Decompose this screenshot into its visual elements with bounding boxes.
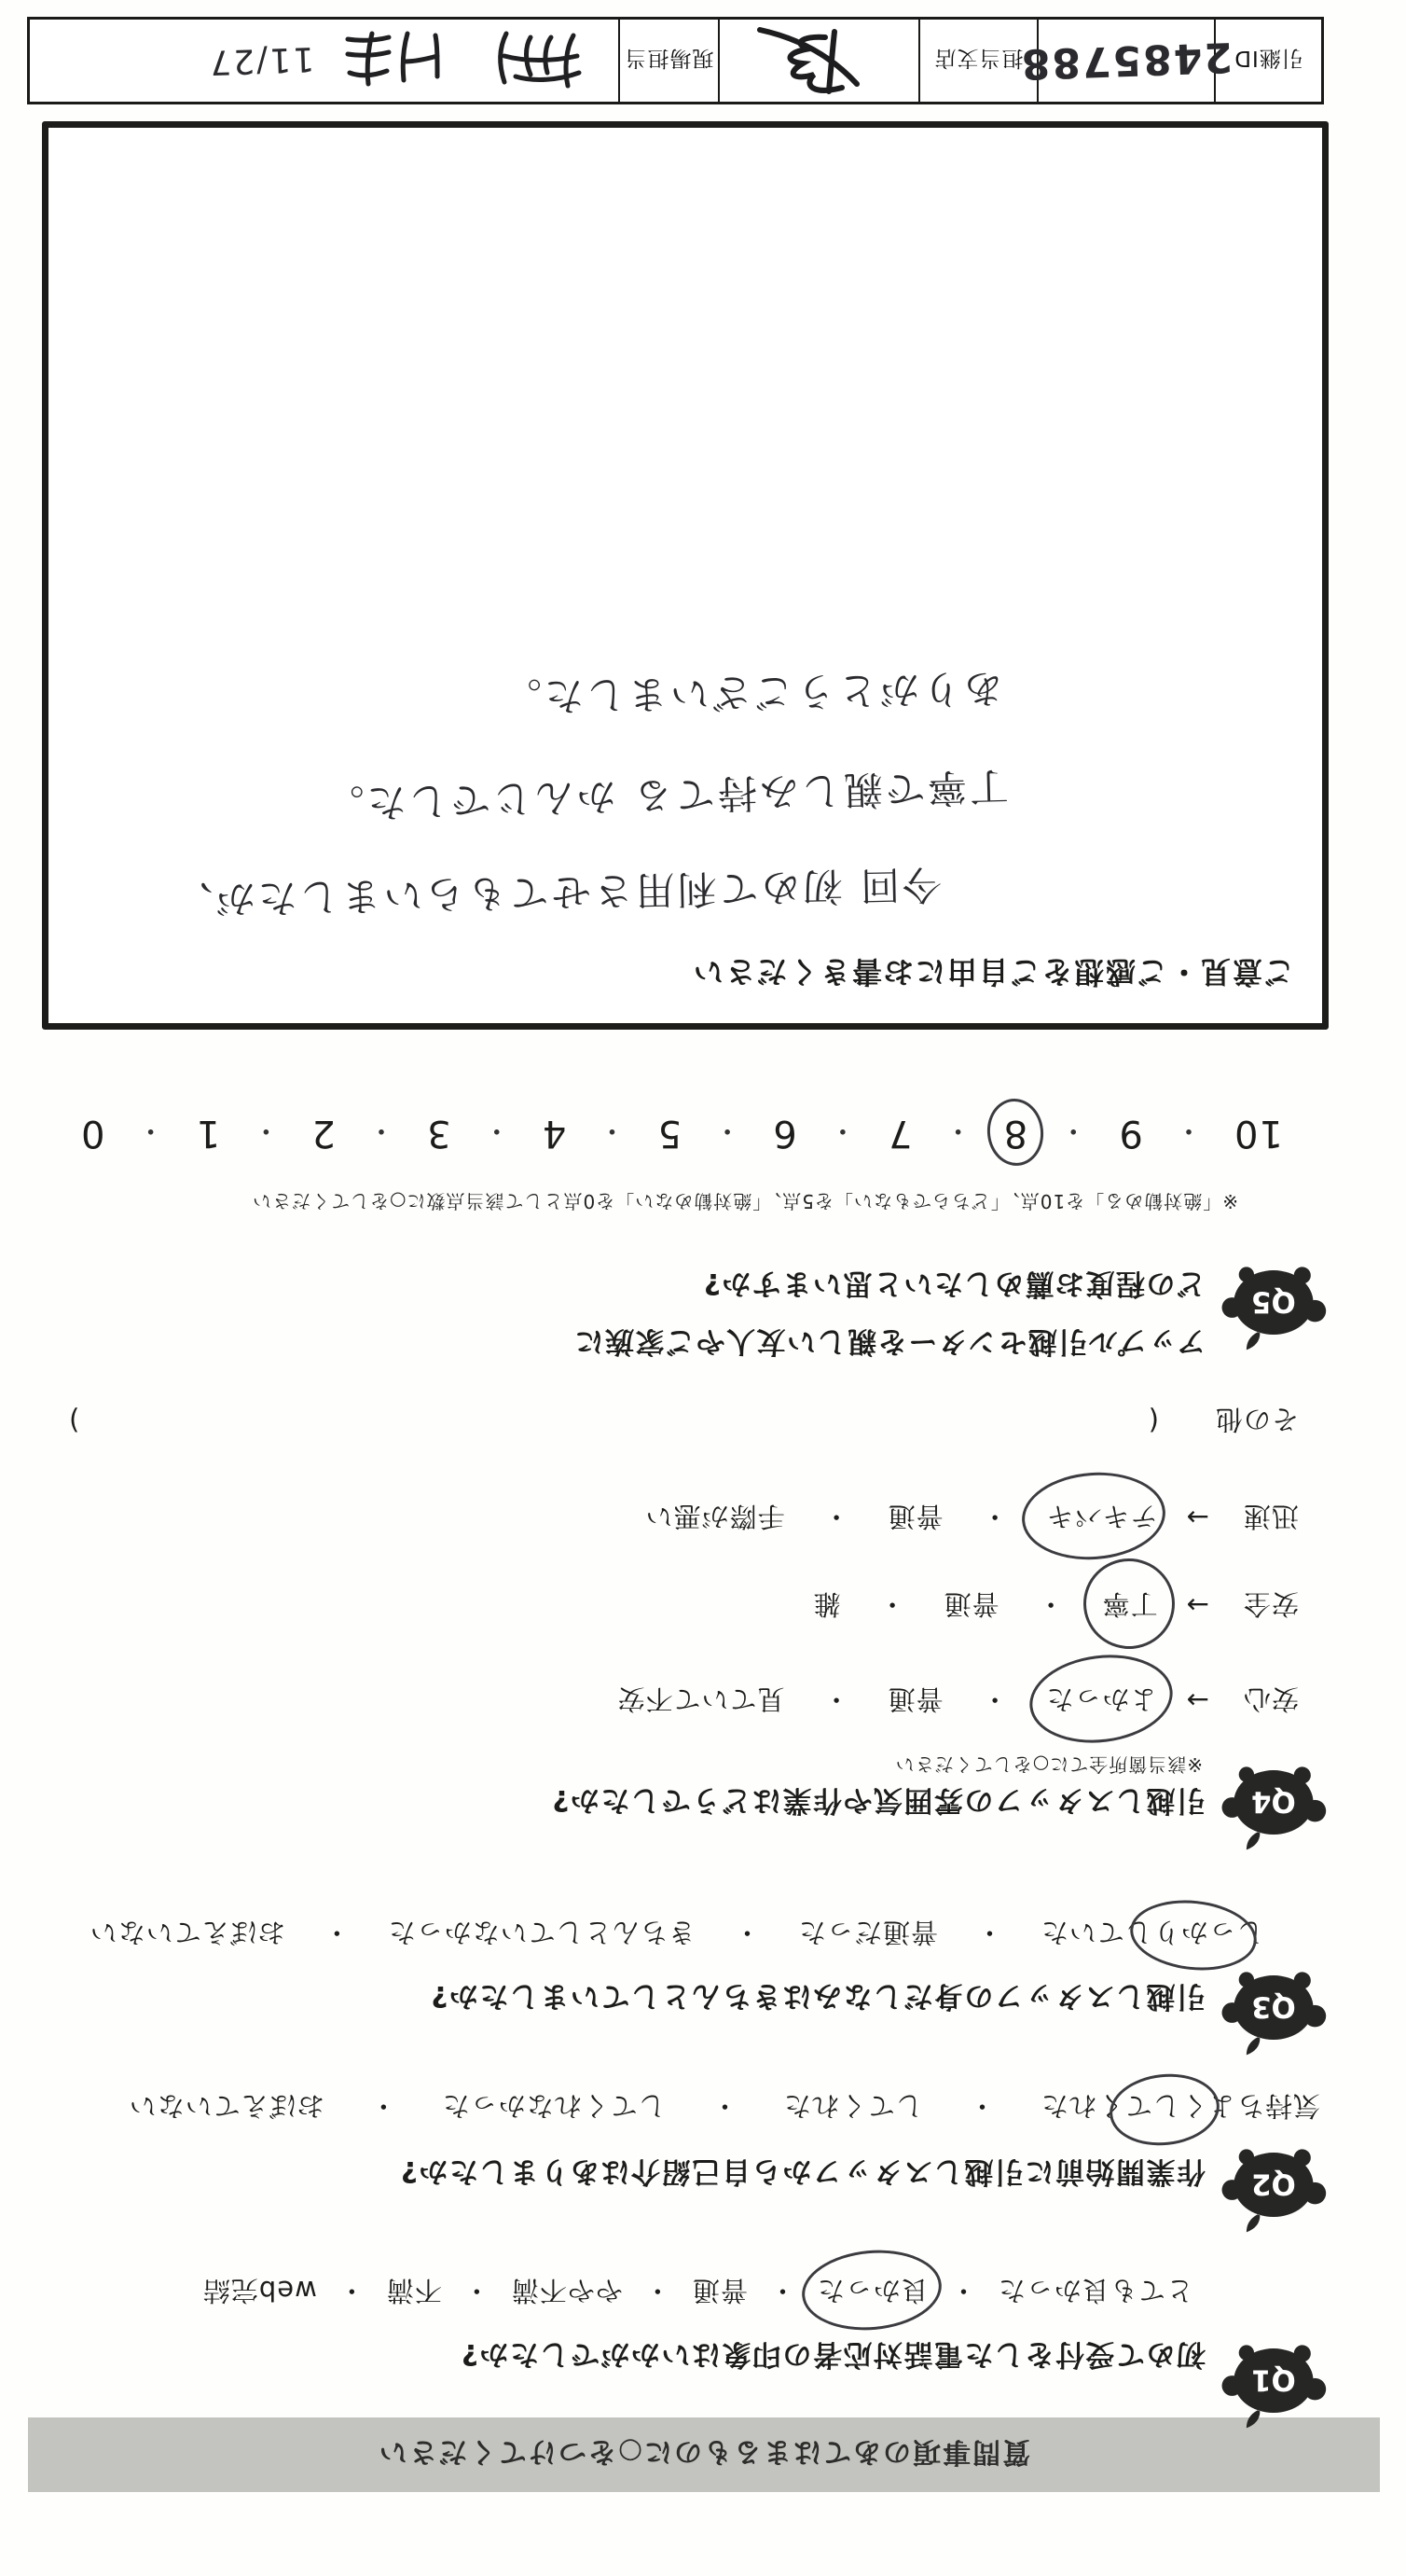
handwritten-signature-icon	[750, 24, 889, 97]
option-separator: ・	[462, 2273, 490, 2311]
q2-title: 作業開始前に引越しスタッフから自己紹介はありましたか?	[400, 2154, 1206, 2195]
q4-other-paren-close: )	[68, 1406, 79, 1437]
arrow-right-icon: →	[1186, 1685, 1209, 1717]
scale-separator: ・	[944, 1113, 972, 1154]
q5-note: ※「絶対勧める」を10点、「どちらでもない」を5点、「絶対勧めない」を0点として…	[252, 1189, 1238, 1216]
q4-row-2-option-1-circled: 丁寧	[1102, 1586, 1158, 1625]
option-separator: ・	[710, 2088, 738, 2126]
q5-scale-7: 7	[884, 1112, 916, 1155]
q3-mascot-icon: Q3	[1218, 1964, 1328, 2061]
q1-option-2-circled: 良かった	[817, 2273, 929, 2311]
handwritten-name-icon	[475, 28, 596, 93]
scale-separator: ・	[251, 1113, 280, 1154]
q5-scale-6: 6	[768, 1112, 800, 1155]
q4-badge-label: Q4	[1251, 1785, 1296, 1819]
q5-badge-label: Q5	[1251, 1285, 1296, 1319]
option-separator: ・	[878, 1586, 906, 1625]
q3-option-1-circled: しっかりしていた	[1041, 1915, 1264, 1953]
q4-row-2-option-3: 雑	[813, 1586, 841, 1625]
q1-option-1: とても良かった	[998, 2273, 1193, 2311]
handwritten-comment-line-1: 今回 初めて利用させてもらいましたが、	[171, 858, 942, 930]
scale-separator: ・	[136, 1113, 165, 1154]
q2-badge-label: Q2	[1251, 2167, 1296, 2201]
q2-option-3: してくれなかった	[442, 2088, 666, 2126]
option-separator: ・	[323, 1915, 351, 1953]
option-separator: ・	[1037, 1586, 1065, 1625]
comment-header: ご意見・ご感想をご自由にお書きください	[692, 952, 1294, 995]
option-separator: ・	[768, 2273, 796, 2311]
option-separator: ・	[369, 2088, 397, 2126]
branch-signature	[718, 20, 918, 102]
instruction-banner: 質問事項のあてはまるものに○をつけてください	[28, 2417, 1380, 2492]
q1-badge-label: Q1	[1251, 2363, 1296, 2397]
instruction-banner-text: 質問事項のあてはまるものに○をつけてください	[378, 2434, 1030, 2475]
q5-title-line1: アップル引越センターを親しい友人やご家族に	[573, 1323, 1206, 1365]
q4-row-3-option-2: 普通	[888, 1499, 944, 1537]
q5-scale-8-circled: 8	[999, 1112, 1031, 1155]
q4-row-1-option-2: 普通	[888, 1682, 944, 1720]
q5-scale-5: 5	[654, 1112, 685, 1155]
q1-mascot-icon: Q1	[1218, 2337, 1328, 2434]
option-separator: ・	[822, 1682, 850, 1720]
scale-separator: ・	[712, 1113, 741, 1154]
q4-row-3-option-3: 手際が悪い	[645, 1499, 785, 1537]
q1-title: 初めて受付をした電話対応者の印象はいかがでしたか?	[461, 2336, 1206, 2378]
option-separator: ・	[643, 2273, 671, 2311]
q4-row-2-option-2: 普通	[944, 1586, 999, 1625]
comment-box: ご意見・ご感想をご自由にお書きください 今回 初めて利用させてもらいましたが、 …	[42, 121, 1329, 1030]
q2-option-1-circled: 気持ちよくしてくれた	[1041, 2088, 1320, 2126]
q4-other-label: その他	[1215, 1402, 1299, 1440]
q5-scale-3: 3	[422, 1112, 454, 1155]
option-separator: ・	[949, 2273, 977, 2311]
site-manager-value: 11/27	[30, 20, 618, 102]
q4-row-3-option-1-circled: テキパキ	[1046, 1499, 1158, 1537]
option-separator: ・	[981, 1499, 1009, 1537]
q4-mascot-icon: Q4	[1218, 1759, 1328, 1856]
q4-row-3-label: 迅速	[1213, 1499, 1299, 1537]
handover-table: 引継ID 2485788 担当支店 現場担当	[27, 17, 1324, 104]
scale-separator: ・	[597, 1113, 626, 1154]
handover-id-value: 2485788	[1037, 20, 1214, 102]
q3-badge-label: Q3	[1251, 1990, 1296, 2024]
q5-title-line2: どの程度お薦めしたいと思いますか?	[703, 1266, 1206, 1308]
handwritten-comment-line-2: 丁寧で親しみ持てる かんじでした。	[322, 760, 1010, 834]
q5-scale-10: 10	[1230, 1112, 1287, 1155]
site-manager-label: 現場担当	[618, 20, 718, 102]
handwritten-name-icon	[338, 28, 450, 93]
q2-mascot-icon: Q2	[1218, 2141, 1328, 2238]
q3-options: しっかりしていた ・ 普通だった ・ きちんとしていなかった ・ おぼえていない	[90, 1915, 1264, 1953]
arrow-right-icon: →	[1186, 1503, 1209, 1534]
q4-other-paren-open: (	[1148, 1406, 1159, 1437]
q1-option-5: 不満	[386, 2273, 442, 2311]
arrow-right-icon: →	[1186, 1590, 1209, 1622]
q4-row-other: その他 ( )	[68, 1402, 1299, 1440]
q4-row-1-option-3: 見ていて不安	[617, 1682, 785, 1720]
q5-scale-9: 9	[1114, 1112, 1146, 1155]
q4-row-jinsoku: 迅速 → テキパキ ・ 普通 ・ 手際が悪い	[645, 1499, 1299, 1537]
q4-row-anzen: 安全 → 丁寧 ・ 普通 ・ 雑	[813, 1586, 1299, 1625]
option-separator: ・	[981, 1682, 1009, 1720]
q2-options: 気持ちよくしてくれた ・ してくれた ・ してくれなかった ・ おぼえていない	[129, 2088, 1320, 2126]
q4-row-1-option-1-circled: よかった	[1046, 1682, 1158, 1720]
q3-option-3: きちんとしていなかった	[388, 1915, 696, 1953]
q5-scale-1: 1	[192, 1112, 224, 1155]
option-separator: ・	[975, 1915, 1003, 1953]
q1-option-4: やや不満	[511, 2273, 623, 2311]
option-separator: ・	[338, 2273, 365, 2311]
scale-separator: ・	[366, 1113, 395, 1154]
q4-note: ※該当箇所全てに○をしてください	[895, 1752, 1203, 1780]
scanned-survey-sheet: 質問事項のあてはまるものに○をつけてください Q1 初めて受付をした電話対応者の…	[0, 0, 1406, 2576]
q4-title: 引越しスタッフの雰囲気や作業はどうでしたか?	[551, 1782, 1206, 1824]
q2-option-2: してくれた	[783, 2088, 923, 2126]
q2-option-4: おぼえていない	[129, 2088, 324, 2126]
q5-scale: 10 ・ 9 ・ 8 ・ 7 ・ 6 ・ 5 ・ 4 ・ 3 ・ 2 ・ 1 ・…	[76, 1112, 1287, 1155]
q4-row-2-label: 安全	[1213, 1586, 1299, 1625]
q5-scale-4: 4	[538, 1112, 570, 1155]
q5-scale-0: 0	[76, 1112, 108, 1155]
q4-row-1-label: 安心	[1213, 1682, 1299, 1720]
q3-option-4: おぼえていない	[90, 1915, 285, 1953]
q1-options: とても良かった ・ 良かった ・ 普通 ・ やや不満 ・ 不満 ・ web完結	[202, 2273, 1193, 2311]
option-separator: ・	[822, 1499, 850, 1537]
handover-date: 11/27	[208, 40, 315, 82]
q1-option-3: 普通	[692, 2273, 748, 2311]
handwritten-comment-line-3: ありがとうございました。	[500, 662, 1004, 727]
q4-row-anshin: 安心 → よかった ・ 普通 ・ 見ていて不安	[617, 1682, 1299, 1720]
q5-scale-2: 2	[307, 1112, 338, 1155]
scale-separator: ・	[482, 1113, 511, 1154]
q3-option-2: 普通だった	[798, 1915, 938, 1953]
q3-title: 引越しスタッフの身だしなみはきちんとしていましたか?	[430, 1978, 1206, 2020]
q5-mascot-icon: Q5	[1218, 1259, 1328, 1356]
option-separator: ・	[968, 2088, 996, 2126]
scale-separator: ・	[1174, 1113, 1203, 1154]
q1-option-6: web完結	[202, 2273, 317, 2311]
scale-separator: ・	[1058, 1113, 1087, 1154]
option-separator: ・	[733, 1915, 761, 1953]
scale-separator: ・	[828, 1113, 857, 1154]
